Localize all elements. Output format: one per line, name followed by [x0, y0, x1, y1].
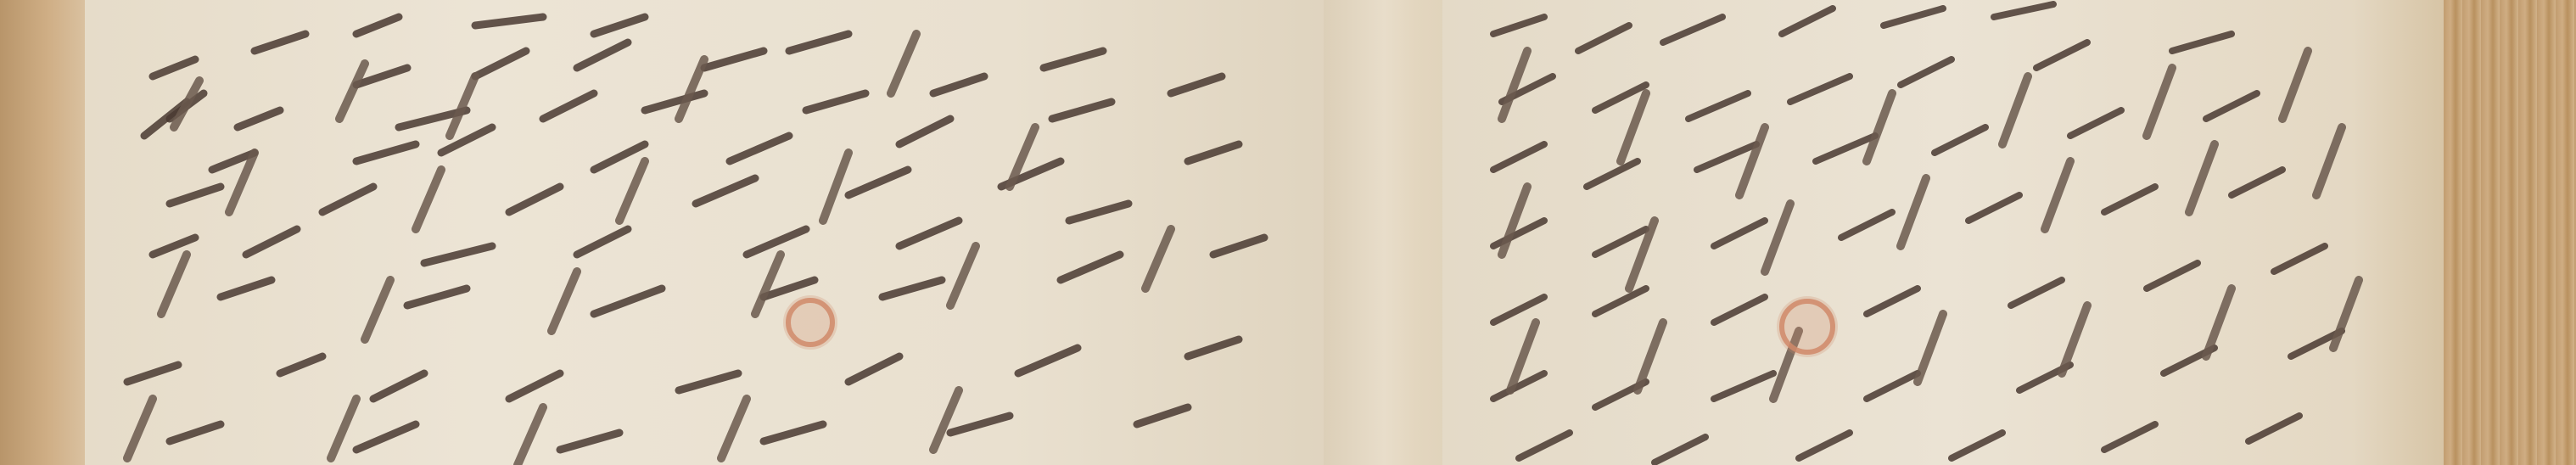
script-stroke-vertical: [416, 170, 441, 229]
script-stroke: [577, 229, 628, 255]
script-stroke-vertical: [2316, 127, 2342, 195]
script-stroke: [645, 93, 704, 110]
script-stroke: [246, 229, 297, 255]
script-stroke: [560, 433, 619, 450]
script-stroke: [1799, 433, 1850, 458]
script-stroke: [280, 356, 322, 373]
script-stroke: [1714, 373, 1773, 399]
script-stroke: [1188, 339, 1239, 356]
script-stroke: [789, 34, 848, 51]
script-stroke: [1994, 4, 2053, 17]
script-stroke-vertical: [339, 64, 365, 119]
script-stroke-vertical: [2045, 161, 2070, 229]
script-stroke: [255, 34, 305, 51]
script-stroke: [1171, 76, 1222, 93]
script-stroke: [509, 187, 560, 212]
script-stroke-vertical: [2282, 51, 2308, 119]
script-stroke: [2172, 34, 2232, 51]
script-stroke: [356, 144, 416, 161]
script-stroke-vertical: [127, 399, 153, 458]
script-stroke: [594, 289, 662, 314]
script-stroke: [170, 424, 221, 441]
script-stroke: [509, 373, 560, 399]
script-stroke: [475, 51, 526, 76]
script-stroke: [764, 424, 823, 441]
script-stroke: [2232, 170, 2282, 195]
script-stroke: [679, 373, 738, 390]
script-stroke: [899, 221, 959, 246]
script-stroke: [373, 373, 424, 399]
script-stroke: [170, 187, 221, 204]
script-stroke-vertical: [1867, 93, 1892, 161]
script-stroke: [933, 76, 984, 93]
script-stroke: [1061, 255, 1120, 280]
script-stroke: [2206, 93, 2257, 119]
script-stroke: [2011, 280, 2062, 305]
script-stroke: [356, 424, 416, 450]
script-stroke-vertical: [450, 76, 475, 136]
script-stroke: [407, 289, 467, 305]
script-stroke: [1663, 17, 1722, 42]
script-stroke-vertical: [619, 161, 645, 221]
script-stroke-vertical: [933, 390, 959, 450]
script-stroke: [577, 42, 628, 68]
script-stroke: [238, 110, 280, 127]
script-stroke: [594, 144, 645, 170]
script-stroke-vertical: [1502, 187, 1527, 255]
script-stroke: [1867, 289, 1918, 314]
script-stroke: [1655, 437, 1705, 462]
script-stroke: [2104, 424, 2155, 450]
script-stroke-vertical: [1739, 127, 1765, 195]
script-stroke-vertical: [2002, 76, 2028, 144]
script-stroke: [704, 51, 764, 68]
script-stroke: [2147, 263, 2198, 289]
script-stroke: [1519, 433, 1570, 458]
script-stroke: [2036, 42, 2087, 68]
script-stroke: [848, 356, 899, 382]
script-stroke: [2248, 416, 2299, 441]
script-stroke: [806, 93, 865, 110]
script-stroke: [1213, 238, 1264, 255]
script-stroke: [1901, 59, 1952, 85]
script-stroke-vertical: [1145, 229, 1171, 289]
script-stroke: [356, 17, 399, 34]
script-stroke: [950, 416, 1010, 433]
script-stroke: [475, 17, 543, 25]
script-stroke-vertical: [2333, 280, 2359, 348]
script-stroke-vertical: [331, 399, 356, 458]
manuscript-photo: [0, 0, 2576, 465]
script-stroke: [2274, 246, 2325, 272]
script-stroke: [1018, 348, 1078, 373]
script-stroke-vertical: [1765, 204, 1790, 272]
script-stroke: [1044, 51, 1103, 68]
script-stroke-vertical: [950, 246, 976, 305]
script-stroke: [1595, 229, 1646, 255]
script-stroke-vertical: [755, 255, 781, 314]
script-stroke: [1841, 212, 1892, 238]
script-stroke: [1714, 221, 1765, 246]
script-stroke: [1867, 373, 1918, 399]
script-stroke-vertical: [552, 272, 577, 331]
script-stroke: [1188, 144, 1239, 161]
script-stroke: [2104, 187, 2155, 212]
script-stroke: [1493, 221, 1544, 246]
script-stroke: [1968, 195, 2019, 221]
script-stroke: [747, 229, 806, 255]
script-stroke: [424, 246, 492, 263]
script-stroke-vertical: [891, 34, 916, 93]
script-stroke: [543, 93, 594, 119]
script-stroke: [1782, 8, 1833, 34]
kufic-script-ink: [0, 0, 2576, 465]
script-stroke-vertical: [721, 399, 747, 458]
verse-marker-icon: [1777, 296, 1838, 357]
script-stroke-vertical: [679, 59, 704, 119]
script-stroke: [1052, 102, 1112, 119]
script-stroke: [899, 119, 950, 144]
script-stroke-vertical: [2062, 305, 2087, 373]
script-stroke: [1790, 76, 1850, 102]
script-stroke: [882, 280, 942, 297]
script-stroke: [1137, 407, 1188, 424]
script-stroke: [1595, 289, 1646, 314]
script-stroke: [1578, 25, 1629, 51]
script-stroke-vertical: [1502, 51, 1527, 119]
script-stroke: [1714, 297, 1765, 322]
script-stroke-vertical: [823, 153, 848, 221]
script-stroke: [127, 365, 178, 382]
script-stroke-vertical: [518, 407, 543, 465]
script-stroke: [730, 136, 789, 161]
script-stroke-vertical: [161, 255, 187, 314]
script-stroke: [221, 280, 272, 297]
script-stroke: [1493, 144, 1544, 170]
script-stroke: [153, 59, 195, 76]
script-stroke-vertical: [2189, 144, 2215, 212]
script-stroke: [1587, 161, 1638, 187]
script-stroke: [1493, 17, 1544, 34]
script-stroke-vertical: [1918, 314, 1943, 382]
script-stroke: [594, 17, 645, 34]
script-stroke: [1935, 127, 1985, 153]
script-stroke-vertical: [365, 280, 390, 339]
script-stroke: [1688, 93, 1748, 119]
script-stroke-vertical: [1901, 178, 1926, 246]
script-stroke: [1069, 204, 1128, 221]
script-stroke-vertical: [1638, 322, 1663, 390]
script-stroke-vertical: [1621, 93, 1646, 161]
script-stroke: [696, 178, 755, 204]
script-stroke: [1884, 8, 1943, 25]
script-stroke: [848, 170, 908, 195]
script-stroke: [1952, 433, 2002, 458]
verse-marker-icon: [783, 295, 837, 350]
script-stroke-vertical: [2147, 68, 2172, 136]
script-stroke: [2070, 110, 2121, 136]
script-stroke-vertical: [2206, 289, 2232, 356]
script-stroke: [322, 187, 373, 212]
